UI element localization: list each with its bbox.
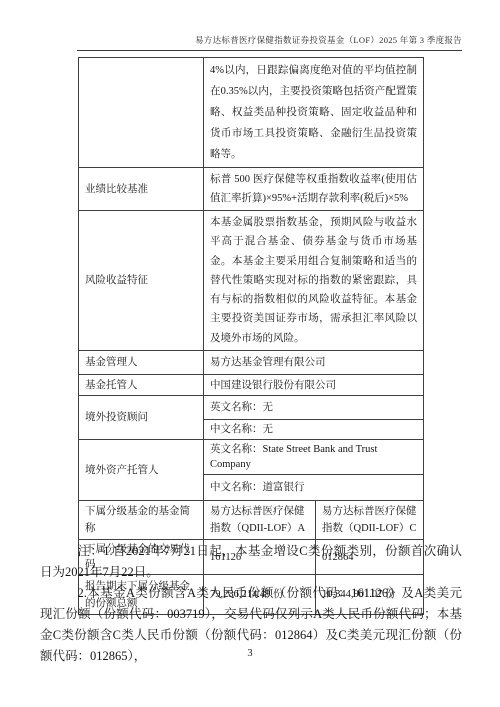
row-label-empty [79,58,204,168]
fund-info-table: 4%以内，日跟踪偏离度绝对值的平均值控制在0.35%以内，主要投资策略包括资产配… [78,57,424,615]
overseas-advisor-cn-name: 中文名称：无 [204,420,424,440]
table-row-investment-strategy-continued: 4%以内，日跟踪偏离度绝对值的平均值控制在0.35%以内，主要投资策略包括资产配… [79,58,424,168]
subfund-a-short-name: 易方达标普医疗保健指数（QDII-LOF）A [204,501,316,540]
investment-strategy-text: 4%以内，日跟踪偏离度绝对值的平均值控制在0.35%以内，主要投资策略包括资产配… [204,58,424,168]
table-row-subfund-short-names: 下属分级基金的基金简称 易方达标普医疗保健指数（QDII-LOF）A 易方达标普… [79,501,424,540]
table-row-risk-return: 风险收益特征 本基金属股票指数基金，预期风险与收益水平高于混合基金、债券基金与货… [79,211,424,351]
fund-custodian-value: 中国建设银行股份有限公司 [204,375,424,396]
risk-return-label: 风险收益特征 [79,211,204,351]
page-number: 3 [0,648,500,659]
report-header-title: 易方达标普医疗保健指数证券投资基金（LOF）2025 年第 3 季度报告 [77,34,462,51]
overseas-custodian-en-name: 英文名称：State Street Bank and Trust Company [204,440,424,475]
footnote-1: 注：1.自2021年7月21日起，本基金增设C类份额类别，份额首次确认日为202… [40,541,462,583]
table-row-overseas-advisor-en: 境外投资顾问 英文名称：无 [79,396,424,420]
table-row-fund-manager: 基金管理人 易方达基金管理有限公司 [79,351,424,375]
table-row-overseas-custodian-en: 境外资产托管人 英文名称：State Street Bank and Trust… [79,440,424,475]
risk-return-value: 本基金属股票指数基金，预期风险与收益水平高于混合基金、债券基金与货币市场基金。本… [204,211,424,351]
overseas-advisor-en-name: 英文名称：无 [204,396,424,420]
fund-custodian-label: 基金托管人 [79,375,204,396]
fund-manager-value: 易方达基金管理有限公司 [204,351,424,375]
document-page: 易方达标普医疗保健指数证券投资基金（LOF）2025 年第 3 季度报告 4%以… [0,0,500,707]
overseas-advisor-label: 境外投资顾问 [79,396,204,440]
subfund-c-short-name: 易方达标普医疗保健指数（QDII-LOF）C [316,501,424,540]
benchmark-label: 业绩比较基准 [79,168,204,211]
benchmark-value: 标普 500 医疗保健等权重指数收益率(使用估值汇率折算)×95%+活期存款利率… [204,168,424,211]
overseas-custodian-cn-name: 中文名称：道富银行 [204,475,424,501]
overseas-custodian-label: 境外资产托管人 [79,440,204,501]
fund-manager-label: 基金管理人 [79,351,204,375]
subfund-short-name-label: 下属分级基金的基金简称 [79,501,204,540]
table-row-benchmark: 业绩比较基准 标普 500 医疗保健等权重指数收益率(使用估值汇率折算)×95%… [79,168,424,211]
table-row-fund-custodian: 基金托管人 中国建设银行股份有限公司 [79,375,424,396]
